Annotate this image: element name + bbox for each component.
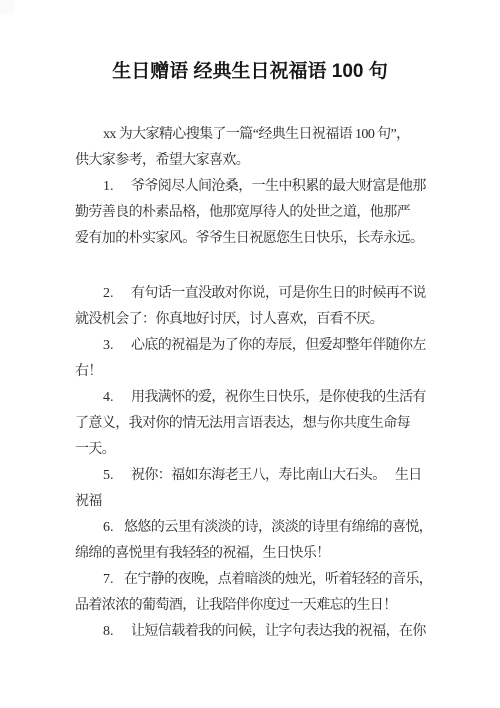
text-line: 5.祝你：福如东海老王八，寿比南山大石头。 生日 (75, 463, 425, 489)
item-text: 悠悠的云里有淡淡的诗，淡淡的诗里有绵绵的喜悦， (124, 520, 432, 535)
item-number: 4. (103, 385, 131, 411)
text-line: 7.在宁静的夜晚，点着暗淡的烛光，听着轻轻的音乐， (75, 567, 425, 593)
list-item-6: 6.悠悠的云里有淡淡的诗，淡淡的诗里有绵绵的喜悦， 绵绵的喜悦里有我轻轻的祝福，… (75, 515, 425, 567)
item-number: 2. (103, 281, 131, 307)
text-line: 8.让短信载着我的问候，让字句表达我的祝福，在你 (75, 619, 425, 645)
text-line: 爱有加的朴实家风。爷爷生日祝愿您生日快乐，长寿永远。 (75, 226, 425, 252)
item-text: 在宁静的夜晚，点着暗淡的烛光，听着轻轻的音乐， (124, 572, 432, 587)
text-line: 4.用我满怀的爱，祝你生日快乐，是你使我的生活有 (75, 385, 425, 411)
intro-paragraph: xx 为大家精心搜集了一篇“经典生日祝福语 100 句”， 供大家参考，希望大家… (75, 122, 425, 174)
text-line: 6.悠悠的云里有淡淡的诗，淡淡的诗里有绵绵的喜悦， (75, 515, 425, 541)
text-line: 祝福 (75, 489, 425, 515)
list-item-7: 7.在宁静的夜晚，点着暗淡的烛光，听着轻轻的音乐， 品着浓浓的葡萄酒，让我陪伴你… (75, 567, 425, 619)
item-text: 祝你：福如东海老王八，寿比南山大石头。 生日 (131, 468, 422, 483)
text-line: 品着浓浓的葡萄酒，让我陪伴你度过一天难忘的生日！ (75, 593, 425, 619)
item-text: 让短信载着我的问候，让字句表达我的祝福，在你 (131, 624, 426, 639)
item-text: 有句话一直没敢对你说，可是你生日的时候再不说 (131, 286, 426, 301)
item-number: 7. (103, 567, 124, 593)
text-line: 2.有句话一直没敢对你说，可是你生日的时候再不说 (75, 281, 425, 307)
list-item-2: 2.有句话一直没敢对你说，可是你生日的时候再不说 就没机会了：你真地好讨厌，讨人… (75, 281, 425, 333)
item-text: 心底的祝福是为了你的寿辰，但爱却整年伴随你左 (131, 338, 426, 353)
list-item-4: 4.用我满怀的爱，祝你生日快乐，是你使我的生活有 了意义，我对你的情无法用言语表… (75, 385, 425, 463)
item-text: 用我满怀的爱，祝你生日快乐，是你使我的生活有 (131, 390, 426, 405)
list-item-8: 8.让短信载着我的问候，让字句表达我的祝福，在你 (75, 619, 425, 645)
item-number: 1. (103, 174, 131, 200)
text-line: 右！ (75, 359, 425, 385)
list-item-1: 1.爷爷阅尽人间沧桑，一生中积累的最大财富是他那 勤劳善良的朴素品格，他那宽厚待… (75, 174, 425, 252)
document-body: 生日赠语 经典生日祝福语 100 句 xx 为大家精心搜集了一篇“经典生日祝福语… (75, 58, 425, 645)
page-title: 生日赠语 经典生日祝福语 100 句 (75, 58, 425, 85)
item-number: 6. (103, 515, 124, 541)
item-number: 3. (103, 333, 131, 359)
document-page: 生日赠语 经典生日祝福语 100 句 xx 为大家精心搜集了一篇“经典生日祝福语… (0, 0, 500, 708)
text-line: 了意义，我对你的情无法用言语表达，想与你共度生命每 (75, 411, 425, 437)
text-line: 1.爷爷阅尽人间沧桑，一生中积累的最大财富是他那 (75, 174, 425, 200)
list-item-5: 5.祝你：福如东海老王八，寿比南山大石头。 生日 祝福 (75, 463, 425, 515)
item-number: 8. (103, 619, 131, 645)
text-line: 勤劳善良的朴素品格，他那宽厚待人的处世之道，他那严 (75, 200, 425, 226)
text-line: 一天。 (75, 437, 425, 463)
item-number: 5. (103, 463, 131, 489)
text-line: 绵绵的喜悦里有我轻轻的祝福，生日快乐！ (75, 541, 425, 567)
list-item-3: 3.心底的祝福是为了你的寿辰，但爱却整年伴随你左 右！ (75, 333, 425, 385)
text-line: 就没机会了：你真地好讨厌，讨人喜欢，百看不厌。 (75, 307, 425, 333)
item-text: 爷爷阅尽人间沧桑，一生中积累的最大财富是他那 (131, 179, 426, 194)
text-line: 3.心底的祝福是为了你的寿辰，但爱却整年伴随你左 (75, 333, 425, 359)
text-line: 供大家参考，希望大家喜欢。 (75, 148, 425, 174)
text-line: xx 为大家精心搜集了一篇“经典生日祝福语 100 句”， (75, 122, 425, 148)
scan-artifact (0, 0, 15, 15)
